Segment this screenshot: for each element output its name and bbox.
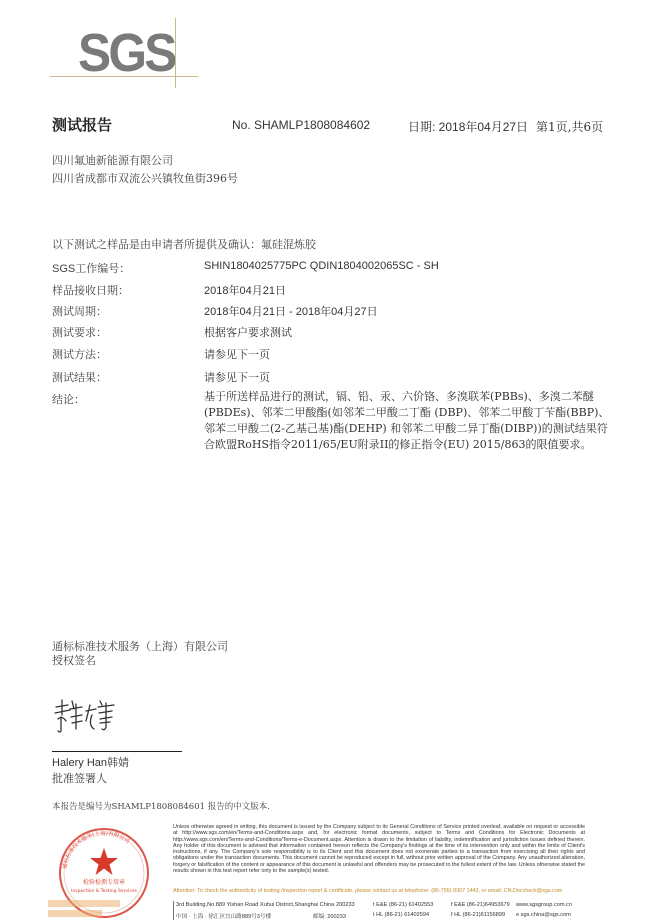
- applicant-block: 四川氟迪新能源有限公司 四川省成都市双流公兴镇牧鱼街396号: [52, 152, 238, 188]
- authorized-signature-label: 授权签名: [52, 654, 228, 668]
- official-seal-stamp: 检验检测专用章 Inspection & Testing Services 通标…: [48, 826, 160, 920]
- field-value-test-period: 2018年04月21日 - 2018年04月27日: [204, 303, 378, 319]
- field-label-received-date: 样品接收日期：: [52, 282, 129, 298]
- svg-text:Inspection & Testing Services: Inspection & Testing Services: [71, 888, 137, 894]
- star-icon: [90, 848, 118, 875]
- field-label-test-result: 测试结果：: [52, 369, 107, 385]
- field-label-test-method: 测试方法：: [52, 346, 107, 362]
- tel-ee: t E&E (86-21) 61402553: [373, 902, 433, 908]
- field-value-test-requirement: 根据客户要求测试: [204, 324, 292, 340]
- fax-hl: f HL (86-21)61156899: [451, 912, 505, 918]
- signer-title: 批准签署人: [52, 771, 129, 786]
- address-chinese: 中国 · 上海 · 徐汇区宜山路889号3号楼: [176, 912, 271, 920]
- conclusion-text: 基于所送样品进行的测试，镉、铅、汞、六价铬、多溴联苯(PBBs)、多溴二苯醚(P…: [204, 389, 616, 453]
- website[interactable]: www.sgsgroup.com.cn: [516, 902, 572, 908]
- signing-company-block: 通标标准技术服务（上海）有限公司 授权签名: [52, 640, 228, 668]
- sample-intro: 以下测试之样品是由申请者所提供及确认：氟硅混炼胶: [52, 236, 316, 252]
- chinese-version-note: 本报告是编号为SHAMLP1808084601 报告的中文版本.: [52, 800, 270, 812]
- signature-line: [52, 751, 182, 752]
- field-label-conclusion: 结论：: [52, 391, 85, 407]
- report-date: 日期: 2018年04月27日: [408, 118, 528, 135]
- applicant-address: 四川省成都市双流公兴镇牧鱼街396号: [52, 170, 238, 188]
- fax-ee: f E&E (86-21)64953679: [451, 902, 510, 908]
- email[interactable]: e sgs.china@sgs.com: [516, 912, 571, 918]
- sgs-logo-text: SGS: [78, 22, 175, 84]
- address-english: 3rd Building,No.889 Yishan Road Xuhui Di…: [176, 902, 334, 908]
- tel-hl: t HL (86-21) 61402594: [373, 912, 429, 918]
- field-value-test-result: 请参见下一页: [204, 369, 270, 385]
- postcode-english: 200233: [336, 902, 355, 908]
- signer-name: Halery Han韩婧: [52, 756, 129, 771]
- report-number: No. SHAMLP1808084602: [232, 118, 370, 132]
- postcode-chinese: 邮编: 200233: [313, 912, 346, 920]
- handwritten-signature: [52, 695, 122, 735]
- address-row-chinese: 中国 · 上海 · 徐汇区宜山路889号3号楼 邮编: 200233 t HL …: [173, 912, 652, 920]
- signing-company: 通标标准技术服务（上海）有限公司: [52, 640, 228, 654]
- page-indicator: 第1页,共6页: [536, 118, 603, 135]
- sgs-logo: SGS: [50, 18, 198, 88]
- field-value-job-no: SHIN1804025775PC QDIN1804002065SC - SH: [204, 260, 439, 272]
- svg-text:通标标准技术服务(上海)有限公司: 通标标准技术服务(上海)有限公司: [60, 829, 132, 869]
- logo-vertical-line: [175, 18, 176, 88]
- applicant-name: 四川氟迪新能源有限公司: [52, 152, 238, 170]
- field-label-test-period: 测试周期：: [52, 303, 107, 319]
- authenticity-attention-text: Attention: To check the authenticity of …: [173, 888, 585, 894]
- field-value-test-method: 请参见下一页: [204, 346, 270, 362]
- field-label-job-no: SGS工作编号：: [52, 260, 130, 276]
- signer-block: Halery Han韩婧 批准签署人: [52, 756, 129, 786]
- address-row-english: 3rd Building,No.889 Yishan Road Xuhui Di…: [173, 902, 652, 910]
- field-value-received-date: 2018年04月21日: [204, 282, 286, 298]
- report-title: 测试报告: [52, 114, 112, 135]
- field-label-test-requirement: 测试要求：: [52, 324, 107, 340]
- svg-text:检验检测专用章: 检验检测专用章: [83, 878, 125, 886]
- terms-and-conditions-text: Unless otherwise agreed in writing, this…: [173, 824, 585, 874]
